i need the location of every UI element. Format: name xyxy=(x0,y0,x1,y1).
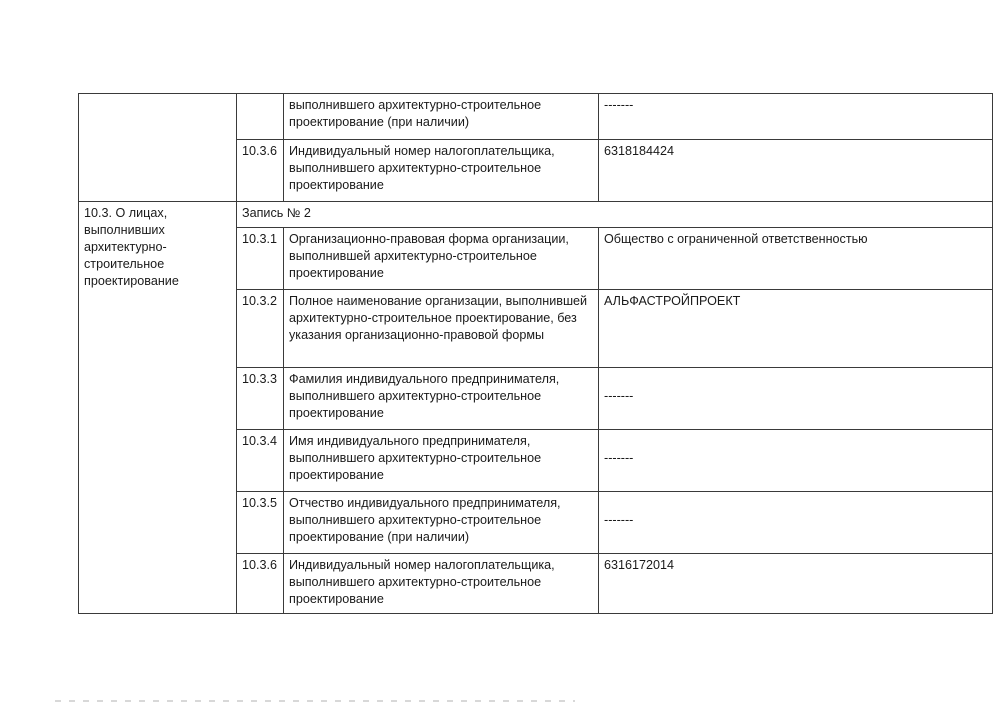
row-description: Полное наименование организации, выполни… xyxy=(284,290,599,368)
row-number xyxy=(237,94,284,140)
row-value-cell: ------- xyxy=(599,430,993,492)
row-description: Организационно-правовая форма организаци… xyxy=(284,228,599,290)
row-description: Индивидуальный номер налогоплательщика, … xyxy=(284,554,599,614)
row-value: Общество с ограниченной ответственностью xyxy=(599,228,993,290)
section-label: 10.3. О лицах, выполнивших архитектурно-… xyxy=(79,202,237,614)
record-header-row: 10.3. О лицах, выполнивших архитектурно-… xyxy=(79,202,993,228)
row-description: выполнившего архитектурно-строительное п… xyxy=(284,94,599,140)
scan-artifact xyxy=(55,700,575,702)
section-cell-empty xyxy=(79,94,237,202)
record-header: Запись № 2 xyxy=(237,202,993,228)
row-value-cell: ------- xyxy=(599,368,993,430)
row-value-cell: ------- xyxy=(599,492,993,554)
row-number: 10.3.6 xyxy=(237,140,284,202)
row-number: 10.3.4 xyxy=(237,430,284,492)
row-number: 10.3.2 xyxy=(237,290,284,368)
row-value: ------- xyxy=(599,94,993,140)
table-row: выполнившего архитектурно-строительное п… xyxy=(79,94,993,140)
row-value: АЛЬФАСТРОЙПРОЕКТ xyxy=(599,290,993,368)
row-description: Отчество индивидуального предпринимателя… xyxy=(284,492,599,554)
info-table: выполнившего архитектурно-строительное п… xyxy=(78,93,993,614)
row-number: 10.3.5 xyxy=(237,492,284,554)
row-description: Индивидуальный номер налогоплательщика, … xyxy=(284,140,599,202)
row-value: ------- xyxy=(604,512,988,529)
document-page: выполнившего архитектурно-строительное п… xyxy=(0,0,1000,709)
row-number: 10.3.6 xyxy=(237,554,284,614)
row-value: ------- xyxy=(604,388,988,405)
row-value: 6316172014 xyxy=(599,554,993,614)
row-description: Фамилия индивидуального предпринимателя,… xyxy=(284,368,599,430)
row-description: Имя индивидуального предпринимателя, вып… xyxy=(284,430,599,492)
row-number: 10.3.1 xyxy=(237,228,284,290)
row-value: 6318184424 xyxy=(599,140,993,202)
row-value: ------- xyxy=(604,450,988,467)
row-number: 10.3.3 xyxy=(237,368,284,430)
